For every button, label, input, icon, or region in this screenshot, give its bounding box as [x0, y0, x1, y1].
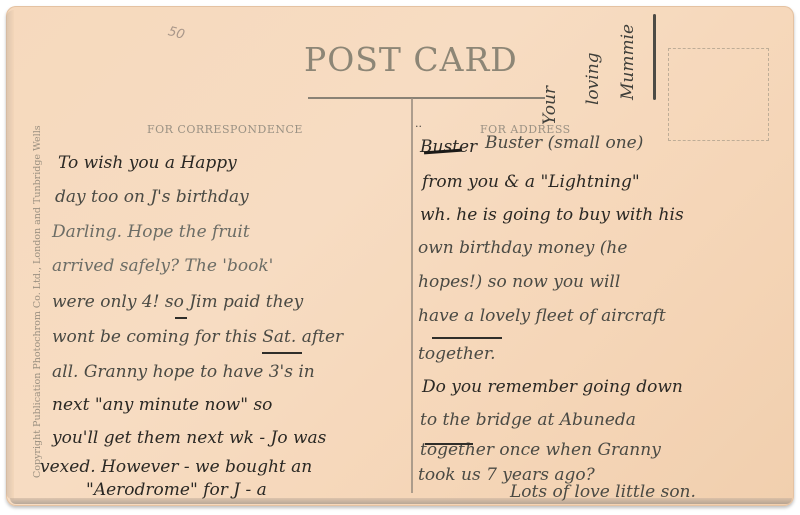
letter-line: all. Granny hope to have 3's in [52, 362, 315, 382]
address-line: hopes!) so now you will [418, 272, 620, 292]
letter-line: you'll get them next wk - Jo was [52, 428, 326, 448]
address-line: together. [418, 344, 496, 364]
ink-dots: ·· [415, 120, 422, 133]
underline-4 [175, 317, 187, 319]
letter-line: next "any minute now" so [52, 395, 272, 415]
letter-line: "Aerodrome" for J - a [86, 480, 267, 500]
address-line: have a lovely fleet of aircraft [418, 306, 666, 326]
underline-have-a [432, 337, 502, 339]
address-line: from you & a "Lightning" [422, 172, 640, 192]
address-line: Lots of love little son. [510, 482, 696, 502]
publisher-side-text: Copyright Publication Photochrom Co. Ltd… [32, 78, 43, 478]
label-correspondence: FOR CORRESPONDENCE [147, 123, 303, 136]
closing-mummie: Mummie [618, 24, 638, 100]
letter-line: day too on J's birthday [55, 187, 249, 207]
stamp-box [668, 48, 769, 141]
letter-line: were only 4! so Jim paid they [52, 292, 303, 312]
center-divider [411, 98, 413, 493]
address-line: Do you remember going down [422, 377, 683, 397]
underline-this [262, 352, 302, 354]
pen-stroke [653, 14, 656, 100]
title-rule [308, 97, 545, 99]
letter-line: To wish you a Happy [58, 153, 237, 173]
address-line: own birthday money (he [418, 238, 627, 258]
address-line: to the bridge at Abuneda [420, 410, 636, 430]
card-left-edge [6, 10, 14, 500]
closing-loving: loving [583, 52, 603, 105]
closing-your: Your [540, 86, 560, 125]
address-line: Buster (small one) [485, 133, 643, 153]
postcard-title: POST CARD [304, 40, 518, 79]
letter-line: arrived safely? The 'book' [52, 256, 273, 276]
address-line: wh. he is going to buy with his [420, 205, 684, 225]
letter-line: Darling. Hope the fruit [52, 222, 250, 242]
letter-line: wont be coming for this Sat. after [52, 327, 343, 347]
underline-together [425, 443, 473, 445]
letter-line: vexed. However - we bought an [40, 457, 312, 477]
